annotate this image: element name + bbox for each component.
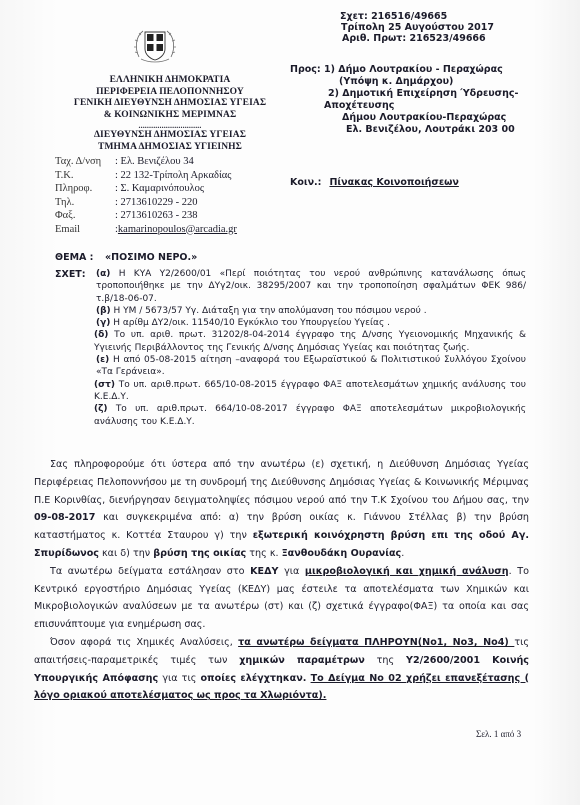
email-link[interactable]: kamarinopoulos@arcadia.gr — [118, 223, 237, 237]
body-paragraph-3: Όσον αφορά τις Χημικές Αναλύσεις, τα ανω… — [34, 634, 529, 705]
related-item: (ζ) Το υπ. αριθ.πρωτ. 664/10-08-2017 έγγ… — [94, 403, 526, 428]
contact-row-address: Ταχ. Δ/νση: Ελ. Βενιζέλου 34 — [55, 155, 237, 169]
place-date: Τρίπολη 25 Αυγούστου 2017 — [341, 22, 494, 33]
contact-row-phone: Τηλ.: 2713610229 - 220 — [55, 196, 237, 210]
greek-coat-of-arms-icon — [133, 27, 177, 65]
subject-label: ΘΕΜΑ : — [55, 252, 93, 263]
document-page: ΕΛΛΗΝΙΚΗ ΔΗΜΟΚΡΑΤΙΑ ΠΕΡΙΦΕΡΕΙΑ ΠΕΛΟΠΟΝΝΗ… — [0, 0, 580, 805]
org-line: ΕΛΛΗΝΙΚΗ ΔΗΜΟΚΡΑΤΙΑ — [40, 75, 300, 87]
related-item: (α) Η ΚΥΑ Υ2/2600/01 «Περί ποιότητας του… — [94, 268, 526, 305]
related-references: (α) Η ΚΥΑ Υ2/2600/01 «Περί ποιότητας του… — [94, 268, 526, 428]
related-item: (β) Η ΥΜ / 5673/57 Υγ. Διάταξη για την α… — [94, 305, 526, 317]
letter-body: Σας πληροφορούμε ότι ύστερα από την ανωτ… — [34, 456, 529, 705]
cc-line: Κοιν.:Πίνακας Κοινοποιήσεων — [290, 177, 459, 188]
subject-value: «ΠΟΣΙΜΟ ΝΕΡΟ.» — [105, 252, 197, 263]
related-item: (στ) Το υπ. αριθ.πρωτ. 665/10-08-2015 έγ… — [94, 379, 526, 404]
related-item: (δ) Το υπ. αριθ. πρωτ. 31202/8-04-2014 έ… — [94, 329, 526, 354]
related-item: (ε) Η από 05-08-2015 αίτηση –αναφορά του… — [94, 354, 526, 379]
recipient-line: (Υπόψη κ. Δημάρχου) — [339, 76, 453, 88]
recipients-label: Προς: — [290, 64, 321, 76]
reference-block: Σχετ: 216516/49665 Τρίπολη 25 Αυγούστου … — [340, 11, 494, 44]
org-line: ΠΕΡΙΦΕΡΕΙΑ ΠΕΛΟΠΟΝΝΗΣΟΥ — [40, 87, 300, 99]
recipient-line: 1) Δήμο Λουτρακίου - Περαχώρας — [324, 64, 503, 76]
cc-value: Πίνακας Κοινοποιήσεων — [329, 177, 458, 188]
recipient-line: Αποχέτευσης — [324, 100, 394, 112]
organization-header: ΕΛΛΗΝΙΚΗ ΔΗΜΟΚΡΑΤΙΑ ΠΕΡΙΦΕΡΕΙΑ ΠΕΛΟΠΟΝΝΗ… — [40, 75, 300, 153]
contact-row-fax: Φαξ.: 2713610263 - 238 — [55, 209, 237, 223]
related-item: (γ) Η αρίθμ ΔΥ2/οικ. 11540/10 Εγκύκλιο τ… — [94, 317, 526, 329]
recipient-line: 2) Δημοτική Επιχείρηση Ύδρευσης- — [328, 88, 518, 100]
contact-row-info: Πληροφ.: Σ. Καμαρινόπουλος — [55, 182, 237, 196]
reference-number: Σχετ: 216516/49665 — [340, 11, 494, 22]
cc-label: Κοιν.: — [290, 177, 321, 188]
recipient-line: Ελ. Βενιζέλου, Λουτράκι 203 00 — [346, 124, 515, 136]
org-line: & ΚΟΙΝΩΝΙΚΗΣ ΜΕΡΙΜΝΑΣ — [40, 110, 300, 122]
org-line: ΓΕΝΙΚΗ ΔΙΕΥΘΥΝΣΗ ΔΗΜΟΣΙΑΣ ΥΓΕΙΑΣ — [40, 98, 300, 110]
page-number: Σελ. 1 από 3 — [476, 729, 521, 739]
dept-line: ΤΜΗΜΑ ΔΗΜΟΣΙΑΣ ΥΓΙΕΙΝΗΣ — [40, 142, 300, 154]
related-label: ΣΧΕΤ: — [55, 269, 86, 280]
contact-row-email: Email: kamarinopoulos@arcadia.gr — [55, 223, 237, 237]
protocol-number: Αριθ. Πρωτ: 216523/49666 — [342, 33, 494, 44]
contact-info: Ταχ. Δ/νση: Ελ. Βενιζέλου 34 Τ.Κ.: 22 13… — [55, 155, 237, 236]
dept-line: ΔΙΕΥΘΥΝΣΗ ΔΗΜΟΣΙΑΣ ΥΓΕΙΑΣ — [40, 130, 300, 142]
recipient-line: Δήμου Λουτρακίου-Περαχώρας — [342, 112, 506, 124]
body-paragraph-2: Τα ανωτέρω δείγματα εστάλησαν στο ΚΕΔΥ γ… — [34, 563, 529, 634]
body-paragraph-1: Σας πληροφορούμε ότι ύστερα από την ανωτ… — [34, 456, 529, 563]
separator: .............................. — [40, 122, 300, 130]
contact-row-postal: Τ.Κ.: 22 132-Τρίπολη Αρκαδίας — [55, 169, 237, 183]
